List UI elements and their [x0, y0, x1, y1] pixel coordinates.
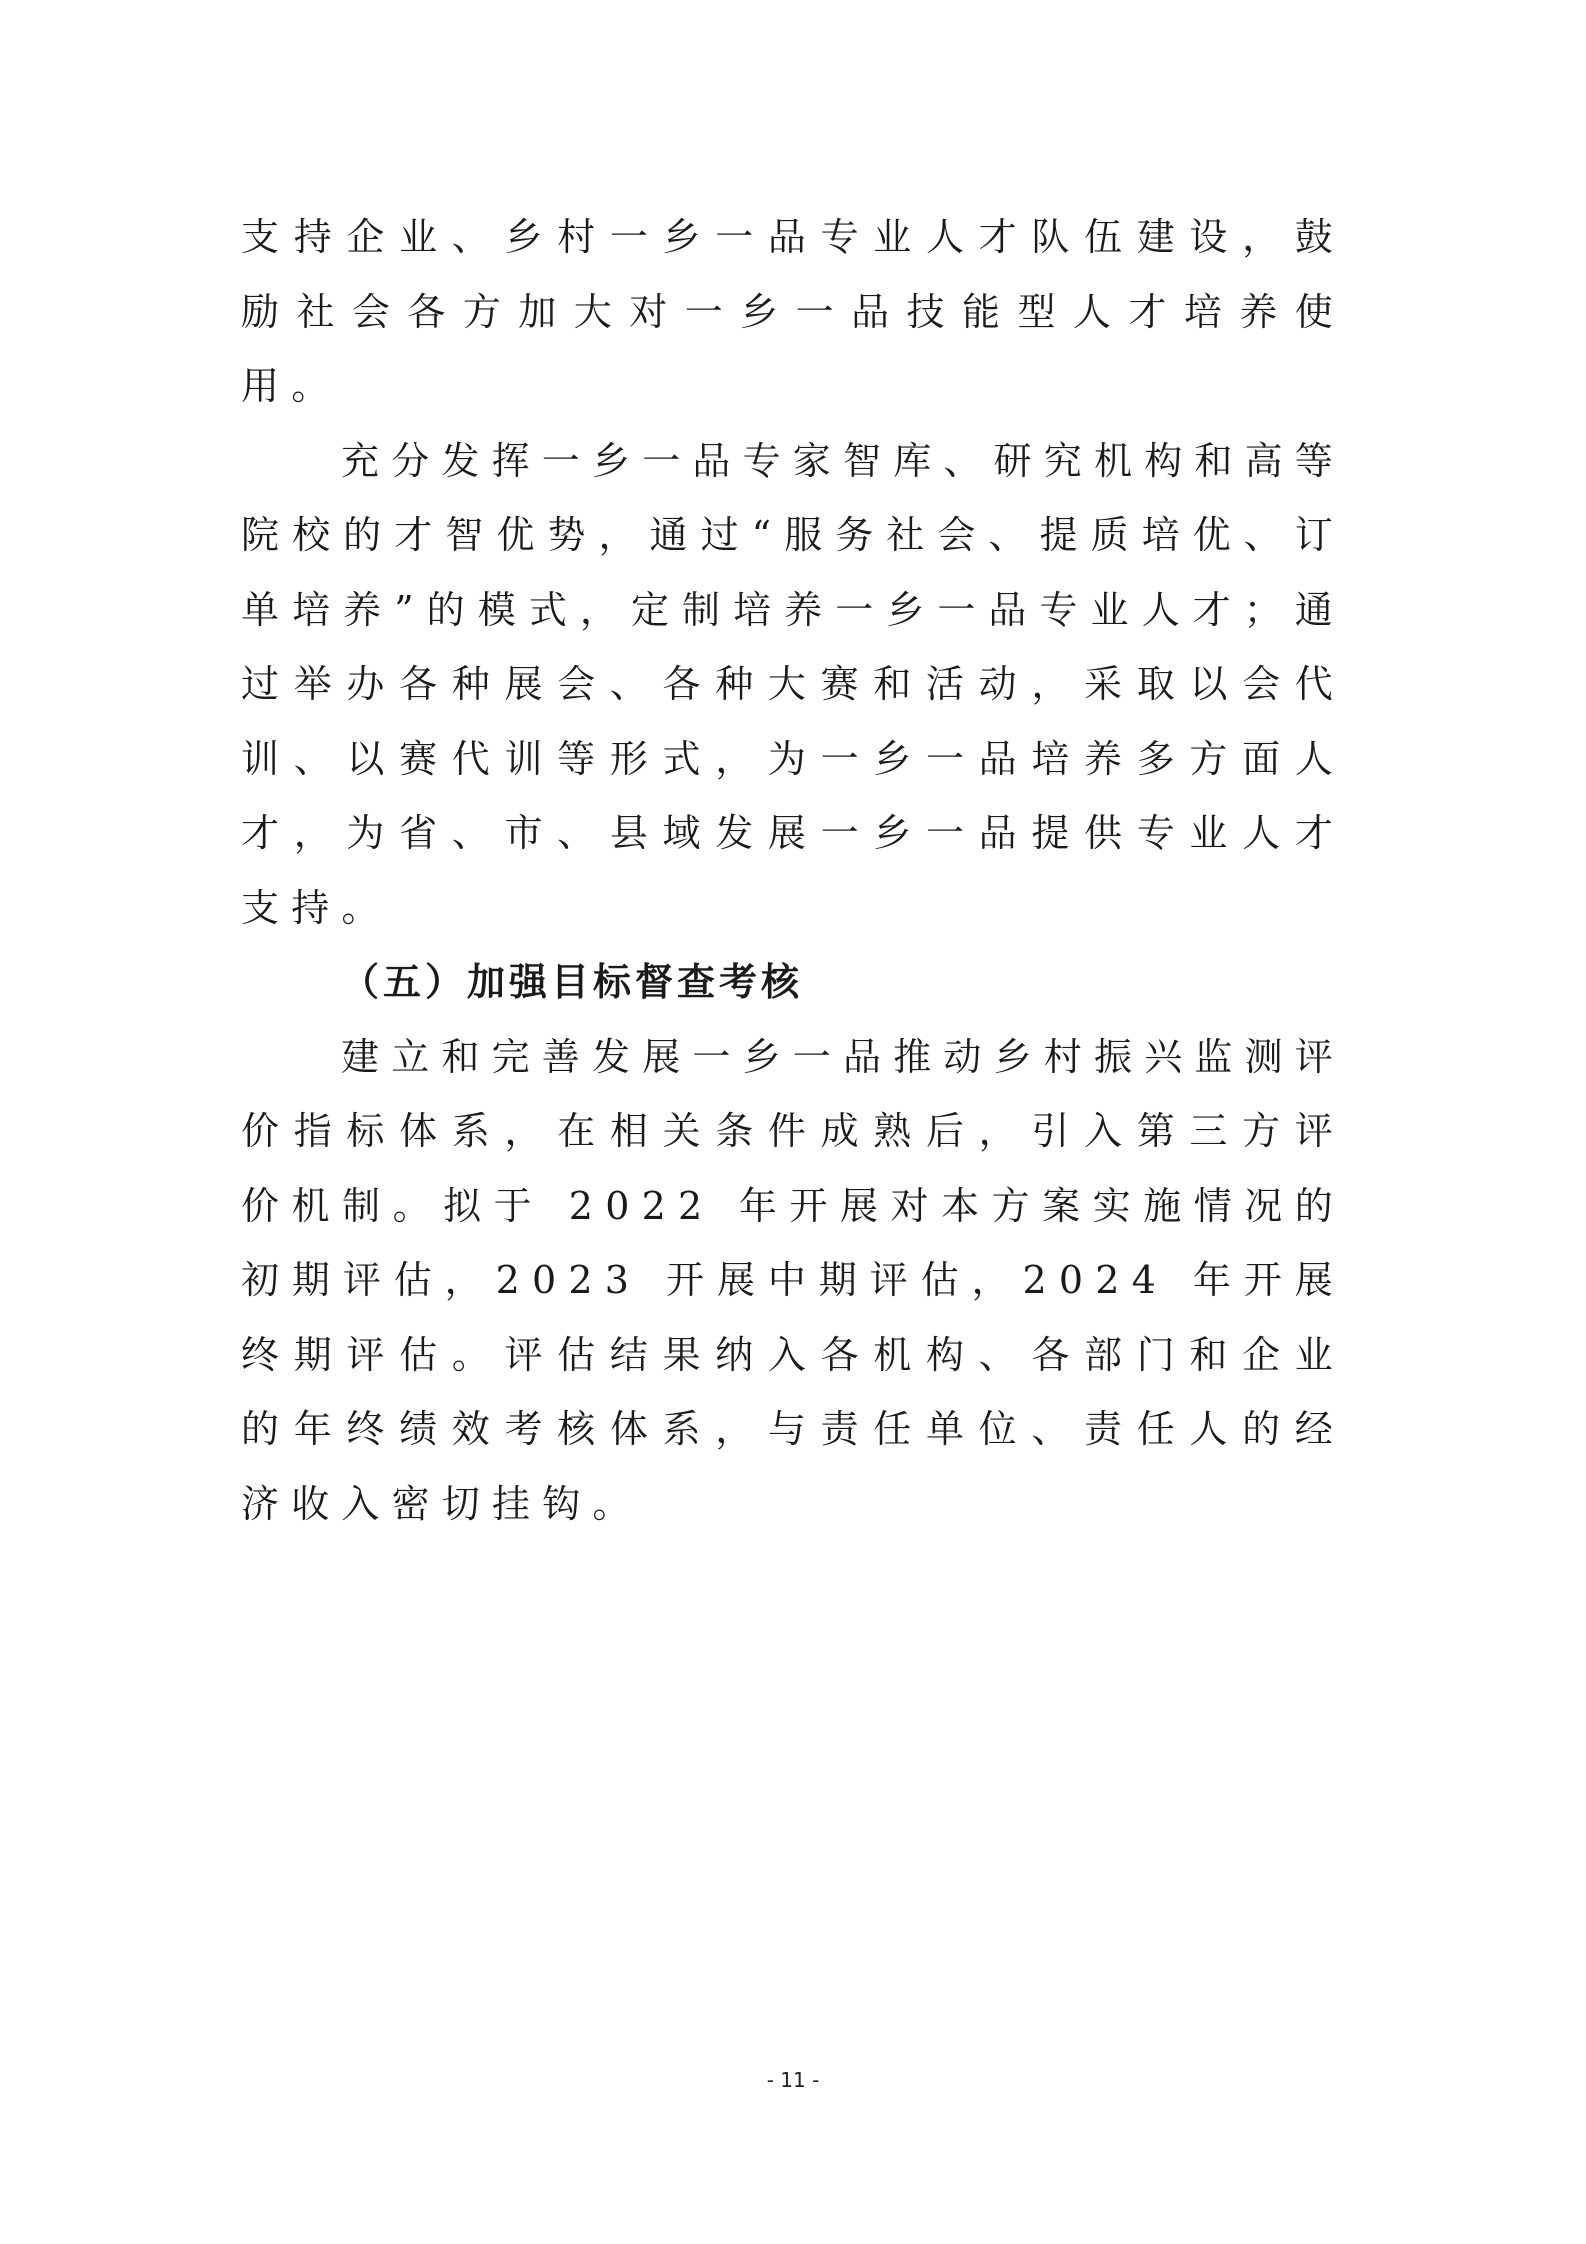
- document-body: 支持企业、乡村一乡一品专业人才队伍建设，鼓励社会各方加大对一乡一品技能型人才培养…: [241, 200, 1345, 1541]
- paragraph-talent-team: 支持企业、乡村一乡一品专业人才队伍建设，鼓励社会各方加大对一乡一品技能型人才培养…: [241, 200, 1345, 424]
- document-page: 支持企业、乡村一乡一品专业人才队伍建设，鼓励社会各方加大对一乡一品技能型人才培养…: [0, 0, 1586, 2244]
- paragraph-think-tank: 充分发挥一乡一品专家智库、研究机构和高等院校的才智优势，通过“服务社会、提质培优…: [241, 424, 1345, 946]
- section-heading-target-supervision: （五）加强目标督查考核: [241, 945, 1345, 1020]
- page-number: - 11 -: [0, 2068, 1586, 2092]
- paragraph-evaluation-system: 建立和完善发展一乡一品推动乡村振兴监测评价指标体系，在相关条件成熟后，引入第三方…: [241, 1020, 1345, 1542]
